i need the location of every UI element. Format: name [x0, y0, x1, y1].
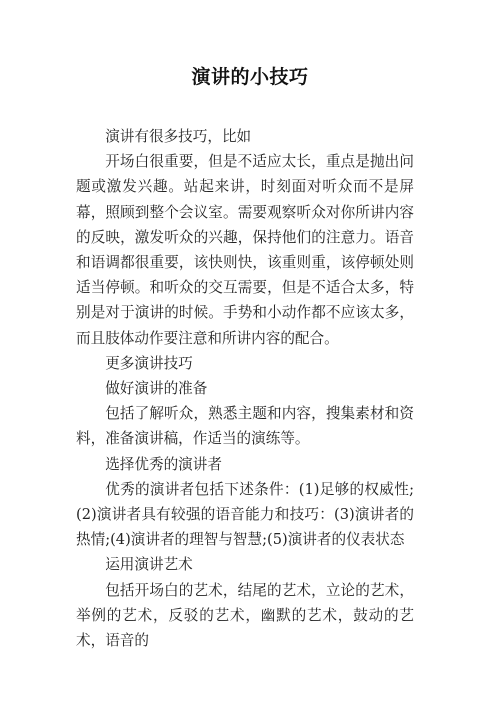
paragraph-opening: 开场白很重要，但是不适应太长，重点是抛出问题或激发兴趣。站起来讲，时刻面对听众而… [76, 149, 414, 351]
heading-art: 运用演讲艺术 [76, 552, 414, 577]
heading-more-tips: 更多演讲技巧 [76, 351, 414, 376]
document-body: 演讲有很多技巧，比如 开场白很重要，但是不适应太长，重点是抛出问题或激发兴趣。站… [76, 124, 414, 653]
paragraph-art: 包括开场白的艺术，结尾的艺术，立论的艺术，举例的艺术，反驳的艺术，幽默的艺术，鼓… [76, 578, 414, 654]
paragraph-speaker: 优秀的演讲者包括下述条件：(1)足够的权威性;(2)演讲者具有较强的语音能力和技… [76, 477, 414, 553]
document-title: 演讲的小技巧 [0, 62, 500, 89]
document-page: 演讲的小技巧 演讲有很多技巧，比如 开场白很重要，但是不适应太长，重点是抛出问题… [0, 0, 500, 708]
heading-speaker: 选择优秀的演讲者 [76, 452, 414, 477]
heading-preparation: 做好演讲的准备 [76, 376, 414, 401]
paragraph-intro: 演讲有很多技巧，比如 [76, 124, 414, 149]
paragraph-preparation: 包括了解听众，熟悉主题和内容，搜集素材和资料，准备演讲稿，作适当的演练等。 [76, 401, 414, 451]
